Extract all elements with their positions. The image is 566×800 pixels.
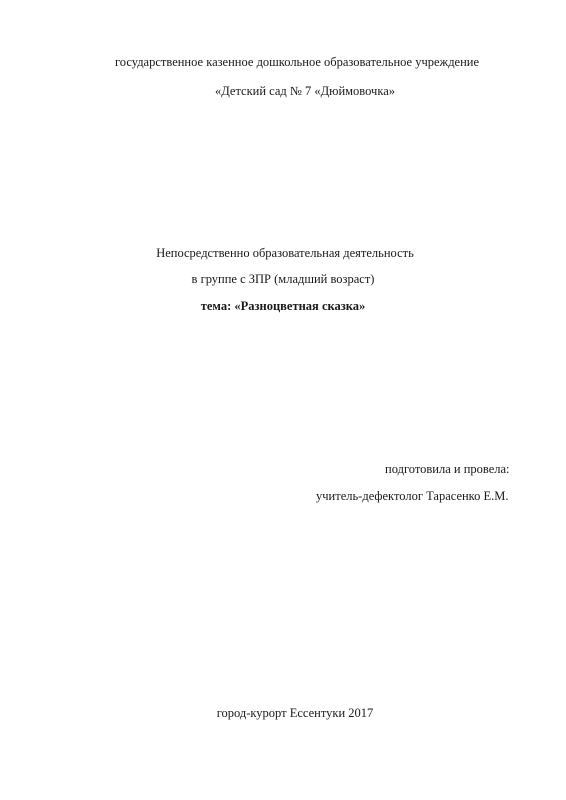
topic-title: тема: «Разноцветная сказка» [0,298,566,314]
author-label: подготовила и провела: [385,461,510,477]
footer-city-year: город-курорт Ессентуки 2017 [12,705,566,721]
group-description: в группе с ЗПР (младший возраст) [0,271,566,287]
activity-title: Непосредственно образовательная деятельн… [2,245,566,261]
kindergarten-name: «Детский сад № 7 «Дюймовочка» [22,83,566,99]
institution-name: государственное казенное дошкольное обра… [14,54,566,70]
author-name: учитель-дефектолог Тарасенко Е.М. [316,488,509,504]
